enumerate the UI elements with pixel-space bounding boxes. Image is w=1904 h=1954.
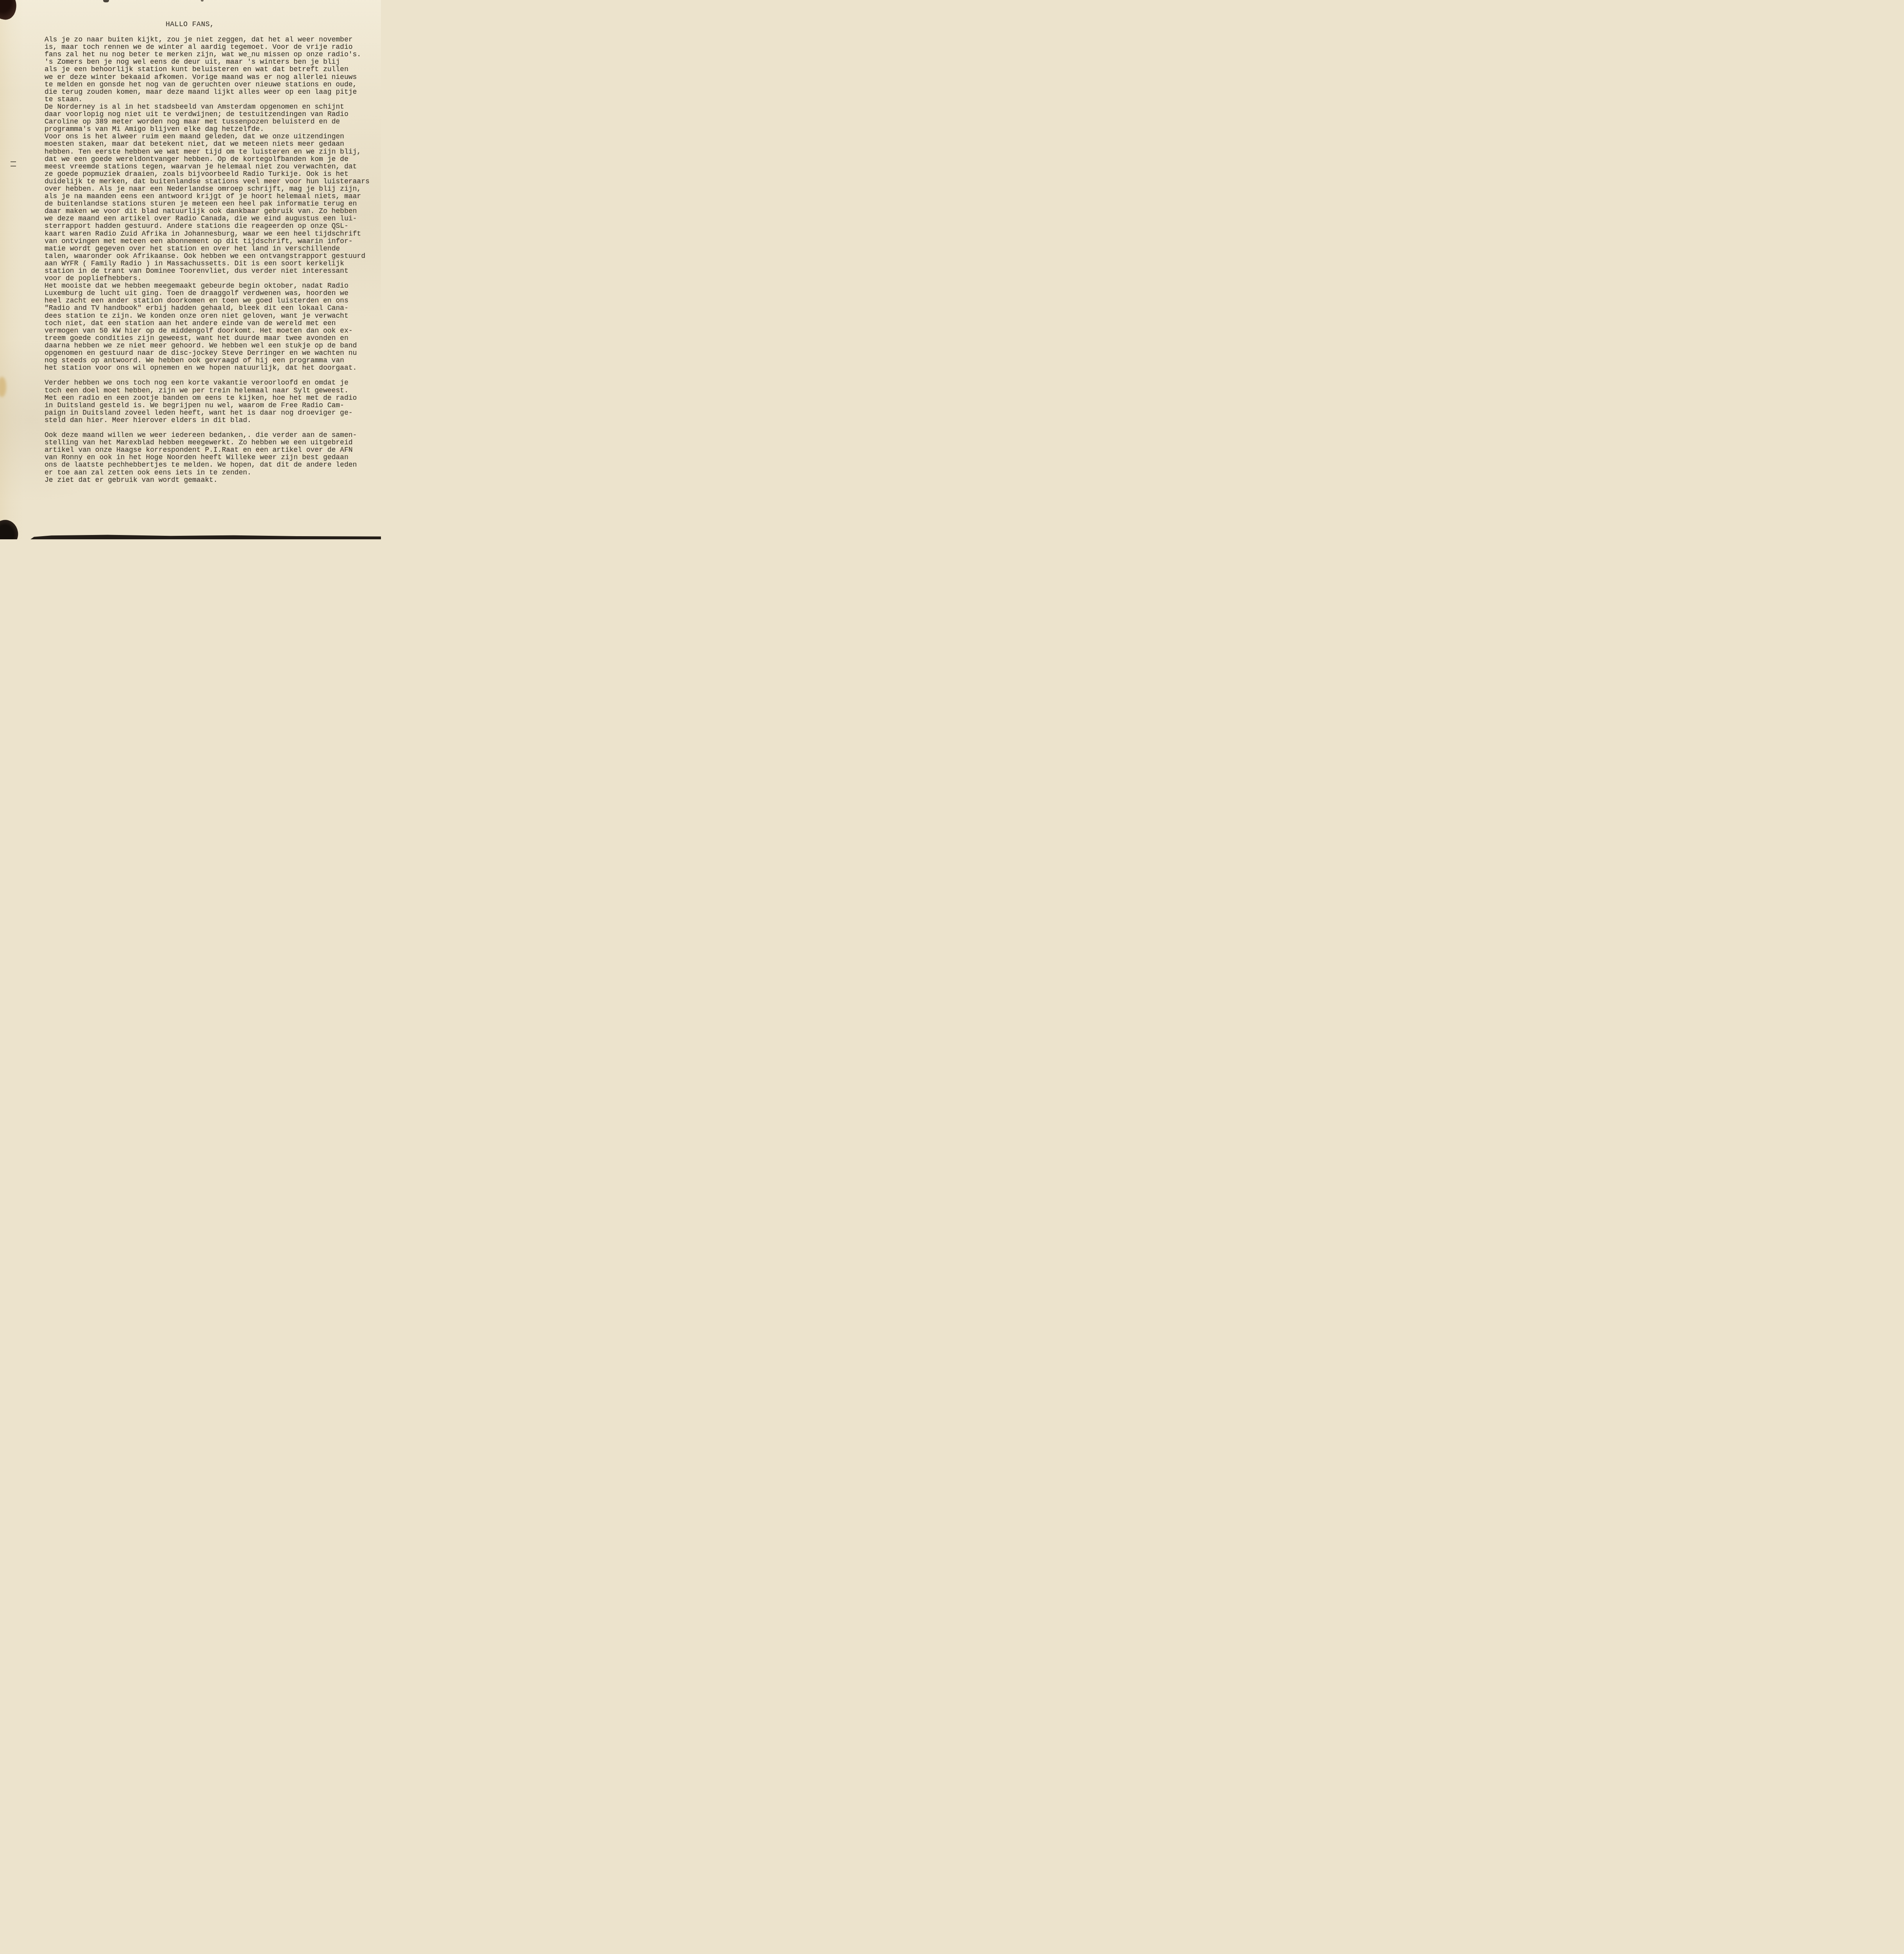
text-line: Je ziet dat er gebruik van wordt gemaakt…: [45, 477, 369, 484]
text-line: artikel van onze Haagse korrespondent P.…: [45, 447, 369, 454]
letter-body: HALLO FANS, Als je zo naar buiten kijkt,…: [45, 21, 369, 484]
paragraph: Ook deze maand willen we weer iedereen b…: [45, 432, 369, 484]
text-line: talen, waaronder ook Afrikaanse. Ook heb…: [45, 253, 369, 260]
paragraphs-container: Als je zo naar buiten kijkt, zou je niet…: [45, 36, 369, 484]
text-line: er toe aan zal zetten ook eens iets in t…: [45, 469, 369, 477]
text-line: Met een radio en een zootje banden om ee…: [45, 395, 369, 402]
paragraph: Verder hebben we ons toch nog een korte …: [45, 379, 369, 424]
scanned-page: HALLO FANS, Als je zo naar buiten kijkt,…: [0, 0, 381, 539]
text-line: moesten staken, maar dat betekent niet, …: [45, 141, 369, 148]
text-line: over hebben. Als je naar een Nederlandse…: [45, 186, 369, 193]
text-line: ze goede popmuziek draaien, zoals bijvoo…: [45, 171, 369, 178]
text-line: Luxemburg de lucht uit ging. Toen de dra…: [45, 290, 369, 297]
text-line: Het mooiste dat we hebben meegemaakt geb…: [45, 283, 369, 290]
text-line: programma's van Mi Amigo blijven elke da…: [45, 126, 369, 133]
text-line: matie wordt gegeven over het station en …: [45, 245, 369, 253]
paragraph: Als je zo naar buiten kijkt, zou je niet…: [45, 36, 369, 372]
text-line: Als je zo naar buiten kijkt, zou je niet…: [45, 36, 369, 44]
text-line: we deze maand een artikel over Radio Can…: [45, 215, 369, 223]
text-line: ons de laatste pechhebbertjes te melden.…: [45, 462, 369, 469]
text-line: fans zal het nu nog beter te merken zijn…: [45, 51, 369, 59]
text-line: als je na maanden eens een antwoord krij…: [45, 193, 369, 200]
text-line: Ook deze maand willen we weer iedereen b…: [45, 432, 369, 439]
text-line: Verder hebben we ons toch nog een korte …: [45, 379, 369, 387]
text-line: kaart waren Radio Zuid Afrika in Johanne…: [45, 231, 369, 238]
text-line: steld dan hier. Meer hierover elders in …: [45, 417, 369, 424]
text-line: dees station te zijn. We konden onze ore…: [45, 313, 369, 320]
text-line: die terug zouden komen, maar deze maand …: [45, 89, 369, 96]
text-line: nog steeds op antwoord. We hebben ook ge…: [45, 357, 369, 365]
scan-stain-bottom-left: [0, 518, 20, 539]
text-line: daar maken we voor dit blad natuurlijk o…: [45, 208, 369, 215]
text-line: dat we een goede wereldontvanger hebben.…: [45, 156, 369, 163]
text-line: paign in Duitsland zoveel leden heeft, w…: [45, 410, 369, 417]
text-line: vermogen van 50 kW hier op de middengolf…: [45, 327, 369, 335]
text-line: in Duitsland gesteld is. We begrijpen nu…: [45, 402, 369, 410]
text-line: meest vreemde stations tegen, waarvan je…: [45, 163, 369, 171]
text-line: van ontvingen met meteen een abonnement …: [45, 238, 369, 245]
scan-edge-shadow-bottom: [30, 534, 381, 539]
text-line: duidelijk te merken, dat buitenlandse st…: [45, 178, 369, 186]
text-line: voor de popliefhebbers.: [45, 275, 369, 283]
text-line: toch een doel moet hebben, zijn we per t…: [45, 387, 369, 395]
text-line: 's Zomers ben je nog wel eens de deur ui…: [45, 59, 369, 66]
text-line: heel zacht een ander station doorkomen e…: [45, 297, 369, 305]
scan-stain-top-left: [0, 0, 19, 21]
text-line: daar voorlopig nog niet uit te verdwijne…: [45, 111, 369, 118]
text-line: aan WYFR ( Family Radio ) in Massachusse…: [45, 260, 369, 268]
text-line: "Radio and TV handbook" erbij hadden geh…: [45, 305, 369, 312]
text-line: is, maar toch rennen we de winter al aar…: [45, 44, 369, 51]
text-line: station in de trant van Dominee Toorenvl…: [45, 268, 369, 275]
text-line: als je een behoorlijk station kunt belui…: [45, 66, 369, 73]
text-line: treem goede condities zijn geweest, want…: [45, 335, 369, 342]
text-line: sterrapport hadden gestuurd. Andere stat…: [45, 223, 369, 230]
text-line: toch niet, dat een station aan het ander…: [45, 320, 369, 327]
text-line: de buitenlandse stations sturen je metee…: [45, 200, 369, 208]
page-title: HALLO FANS,: [45, 21, 369, 29]
text-line: hebben. Ten eerste hebben we wat meer ti…: [45, 149, 369, 156]
scan-speck-top-edge: [201, 0, 204, 2]
left-edge-smudge: [0, 377, 6, 397]
text-line: te melden en gonsde het nog van de geruc…: [45, 81, 369, 89]
text-line: Voor ons is het alweer ruim een maand ge…: [45, 133, 369, 141]
text-line: te staan.: [45, 96, 369, 104]
margin-equals-mark: [11, 161, 16, 166]
text-line: we er deze winter bekaaid afkomen. Vorig…: [45, 74, 369, 81]
text-line: Caroline op 389 meter worden nog maar me…: [45, 118, 369, 126]
text-line: stelling van het Marexblad hebben meegew…: [45, 439, 369, 447]
text-line: daarna hebben we ze niet meer gehoord. W…: [45, 342, 369, 350]
text-line: van Ronny en ook in het Hoge Noorden hee…: [45, 454, 369, 462]
text-line: opgenomen en gestuurd naar de disc-jocke…: [45, 350, 369, 357]
text-line: het station voor ons wil opnemen en we h…: [45, 365, 369, 372]
text-line: De Norderney is al in het stadsbeeld van…: [45, 104, 369, 111]
scan-mark-top-edge: [103, 0, 109, 2]
